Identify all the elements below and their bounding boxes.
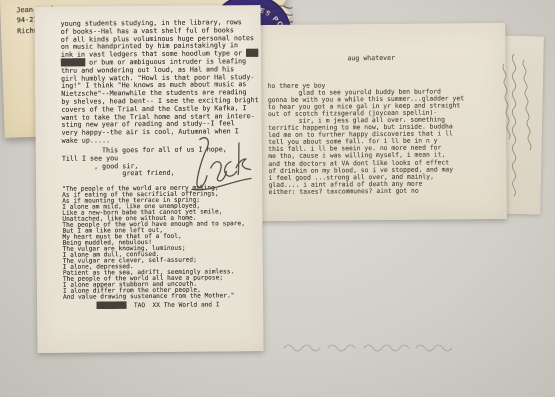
letter-page-1: young students studying, in the library,… xyxy=(34,5,263,353)
letter1-body: young students studying, in the library,… xyxy=(61,19,259,145)
tao-poem: "The people of the world are merry makin… xyxy=(62,185,246,301)
marginal-handwriting xyxy=(494,50,532,212)
typed-line: either: taxes? taxcommunes? aint got no xyxy=(269,187,465,196)
poem-attribution: ████████ TAO XX The World and I xyxy=(63,301,220,309)
pencil-annotation xyxy=(282,341,462,353)
letter2-heading: aug whatever xyxy=(347,54,395,62)
typed-line: And value drawing sustenance from the Mo… xyxy=(63,293,246,301)
letter2-body: ho there ye boy glad to see yourold budd… xyxy=(268,81,465,195)
catalog-photo: aug whatever ho there ye boy glad to see… xyxy=(0,0,555,397)
letter-page-2: aug whatever ho there ye boy glad to see… xyxy=(255,23,507,221)
